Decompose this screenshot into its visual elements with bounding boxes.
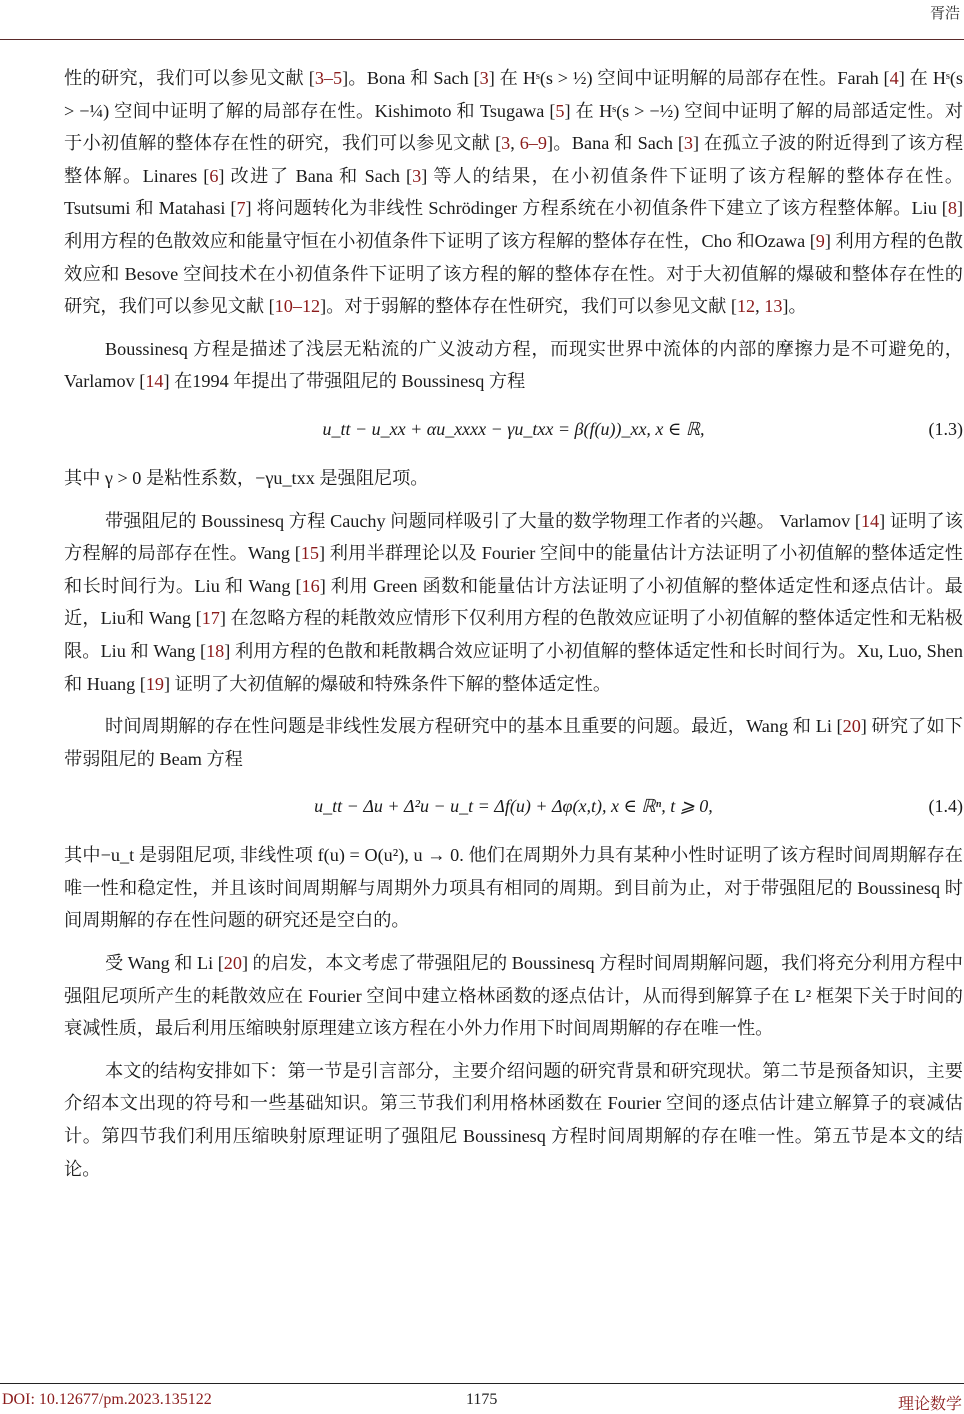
equation-number: (1.3) xyxy=(929,410,964,448)
citation-link[interactable]: 16 xyxy=(302,576,320,596)
citation-link[interactable]: 18 xyxy=(206,641,224,661)
citation-link[interactable]: 6 xyxy=(209,166,218,186)
running-header-author: 胥浩 xyxy=(930,2,960,23)
page-number: 1175 xyxy=(466,1391,497,1409)
header-divider xyxy=(0,39,964,40)
equation-body: u_tt − Δu + Δ²u − u_t = Δf(u) + Δφ(x,t),… xyxy=(64,787,963,825)
citation-link[interactable]: 3 xyxy=(412,166,421,186)
paragraph: Boussinesq 方程是描述了浅层无粘流的广义波动方程，而现实世界中流体的内… xyxy=(64,333,963,398)
citation-link[interactable]: 5 xyxy=(555,101,564,121)
citation-link[interactable]: 7 xyxy=(236,198,245,218)
article-body: 性的研究，我们可以参见文献 [3–5]。Bona 和 Sach [3] 在 Hˢ… xyxy=(64,62,963,1185)
citation-link[interactable]: 9 xyxy=(816,231,825,251)
doi-link[interactable]: DOI: 10.12677/pm.2023.135122 xyxy=(2,1391,212,1409)
citation-link[interactable]: 14 xyxy=(145,371,163,391)
citation-link[interactable]: 3–5 xyxy=(315,68,342,88)
equation-1-4: u_tt − Δu + Δ²u − u_t = Δf(u) + Δφ(x,t),… xyxy=(64,787,963,825)
paragraph: 本文的结构安排如下：第一节是引言部分，主要介绍问题的研究背景和研究现状。第二节是… xyxy=(64,1055,963,1185)
citation-link[interactable]: 8 xyxy=(948,198,957,218)
citation-link[interactable]: 3 xyxy=(480,68,489,88)
citation-link[interactable]: 20 xyxy=(843,716,861,736)
citation-link[interactable]: 3 xyxy=(684,133,693,153)
paragraph: 其中 γ > 0 是粘性系数，−γu_txx 是强阻尼项。 xyxy=(64,462,963,495)
paragraph: 性的研究，我们可以参见文献 [3–5]。Bona 和 Sach [3] 在 Hˢ… xyxy=(64,62,963,323)
page-footer: DOI: 10.12677/pm.2023.135122 1175 理论数学 xyxy=(0,1391,964,1413)
paragraph: 其中−u_t 是弱阻尼项, 非线性项 f(u) = O(u²), u → 0. … xyxy=(64,839,963,937)
citation-link[interactable]: 19 xyxy=(146,674,164,694)
citation-link[interactable]: 3 xyxy=(501,133,510,153)
citation-link[interactable]: 15 xyxy=(301,543,319,563)
citation-link[interactable]: 4 xyxy=(890,68,899,88)
citation-link[interactable]: 20 xyxy=(224,953,242,973)
citation-link[interactable]: 6–9 xyxy=(520,133,547,153)
journal-name[interactable]: 理论数学 xyxy=(898,1391,962,1414)
paragraph: 时间周期解的存在性问题是非线性发展方程研究中的基本且重要的问题。最近，Wang … xyxy=(64,710,963,775)
equation-body: u_tt − u_xx + αu_xxxx − γu_txx = β(f(u))… xyxy=(64,410,963,448)
citation-link[interactable]: 12 xyxy=(737,296,755,316)
paragraph: 带强阻尼的 Boussinesq 方程 Cauchy 问题同样吸引了大量的数学物… xyxy=(64,505,963,701)
equation-1-3: u_tt − u_xx + αu_xxxx − γu_txx = β(f(u))… xyxy=(64,410,963,448)
citation-link[interactable]: 10–12 xyxy=(275,296,320,316)
equation-number: (1.4) xyxy=(929,787,964,825)
footer-divider xyxy=(0,1383,964,1384)
citation-link[interactable]: 13 xyxy=(764,296,782,316)
citation-link[interactable]: 17 xyxy=(202,608,220,628)
citation-link[interactable]: 14 xyxy=(861,511,879,531)
paragraph: 受 Wang 和 Li [20] 的启发，本文考虑了带强阻尼的 Boussine… xyxy=(64,947,963,1045)
